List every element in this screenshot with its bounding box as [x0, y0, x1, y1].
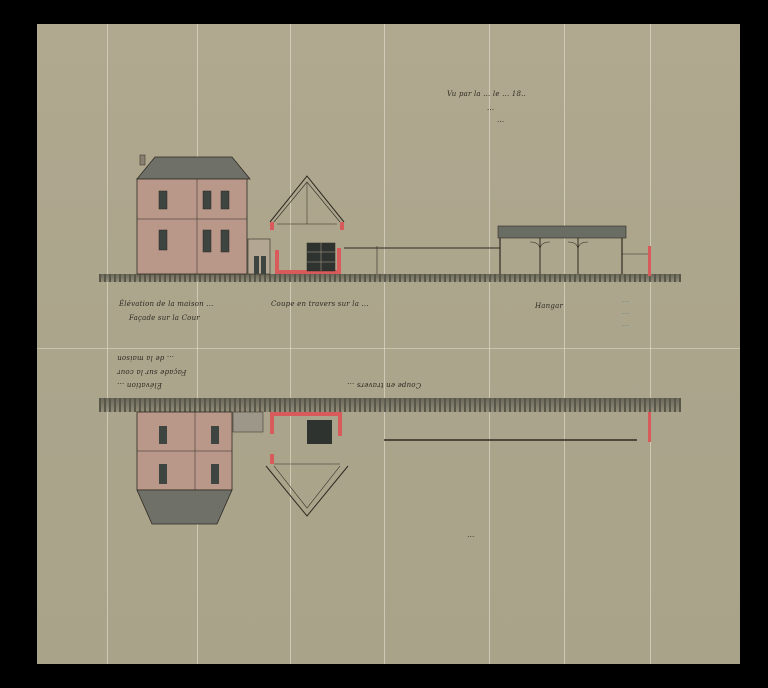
inverted-label-line4: Coupe en travers ...	[347, 381, 421, 389]
open-shed	[498, 226, 651, 276]
house-elevation	[137, 155, 270, 274]
inverted-label-line3: Élévation ...	[117, 381, 162, 389]
inverted-label-line2: Façade sur la cour	[117, 368, 186, 376]
drawing-sheet: Vu par la ... le ... 18.. ... ...	[37, 24, 740, 664]
elevation-drawing	[37, 24, 740, 664]
blue-note-line3: ...	[622, 320, 629, 328]
label-section: Coupe en travers sur la ...	[271, 300, 369, 308]
label-shed: Hangar	[535, 302, 563, 310]
inverted-label-line1: ... de la maison	[117, 354, 174, 362]
boundary-wall	[344, 246, 500, 274]
inverted-boundary-wall	[384, 412, 651, 442]
label-house-elevation-line2: Façade sur la Cour	[129, 314, 200, 322]
gabled-section	[270, 176, 344, 274]
inverted-gabled-section	[266, 412, 348, 516]
inverted-house-elevation	[137, 412, 263, 524]
label-house-elevation-line1: Élévation de la maison ...	[119, 300, 214, 308]
blue-note-line2: ...	[622, 308, 629, 316]
blue-note-line1: ...	[622, 296, 629, 304]
signature: ...	[467, 534, 474, 542]
